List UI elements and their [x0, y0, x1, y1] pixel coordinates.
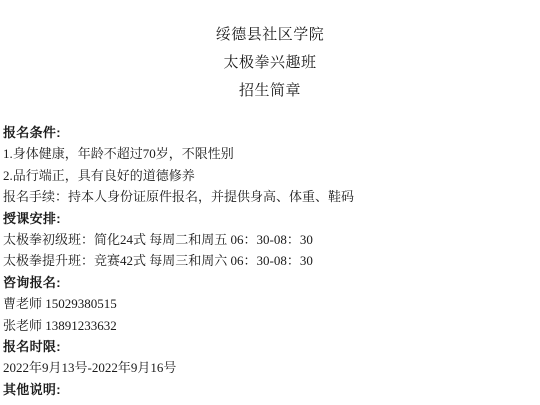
document-page: 绥德县社区学院 太极拳兴趣班 招生简章 报名条件: 1.身体健康，年龄不超过70… [0, 0, 540, 405]
section-heading-other-notes: 其他说明: [3, 379, 532, 400]
doc-title-line-2: 太极拳兴趣班 [0, 49, 540, 77]
section-heading-registration-period: 报名时限: [3, 336, 532, 357]
line-condition-2: 2.品行端正，具有良好的道德修养 [3, 165, 532, 186]
line-registration-procedure: 报名手续：持本人身份证原件报名，并提供身高、体重、鞋码 [3, 186, 532, 207]
document-body: 报名条件: 1.身体健康，年龄不超过70岁，不限性别 2.品行端正，具有良好的道… [0, 122, 540, 400]
line-advanced-class: 太极拳提升班：竞赛42式 每周三和周六 06：30-08：30 [3, 250, 532, 271]
line-teacher-zhang: 张老师 13891233632 [3, 315, 532, 336]
line-condition-1: 1.身体健康，年龄不超过70岁，不限性别 [3, 143, 532, 164]
document-title: 绥德县社区学院 太极拳兴趣班 招生简章 [0, 0, 540, 105]
line-beginner-class: 太极拳初级班：简化24式 每周二和周五 06：30-08：30 [3, 229, 532, 250]
doc-title-line-1: 绥德县社区学院 [0, 21, 540, 49]
section-heading-registration-conditions: 报名条件: [3, 122, 532, 143]
section-heading-consultation: 咨询报名: [3, 272, 532, 293]
line-registration-dates: 2022年9月13号-2022年9月16号 [3, 357, 532, 378]
line-teacher-cao: 曹老师 15029380515 [3, 293, 532, 314]
section-heading-class-schedule: 授课安排: [3, 208, 532, 229]
doc-title-line-3: 招生简章 [0, 77, 540, 105]
